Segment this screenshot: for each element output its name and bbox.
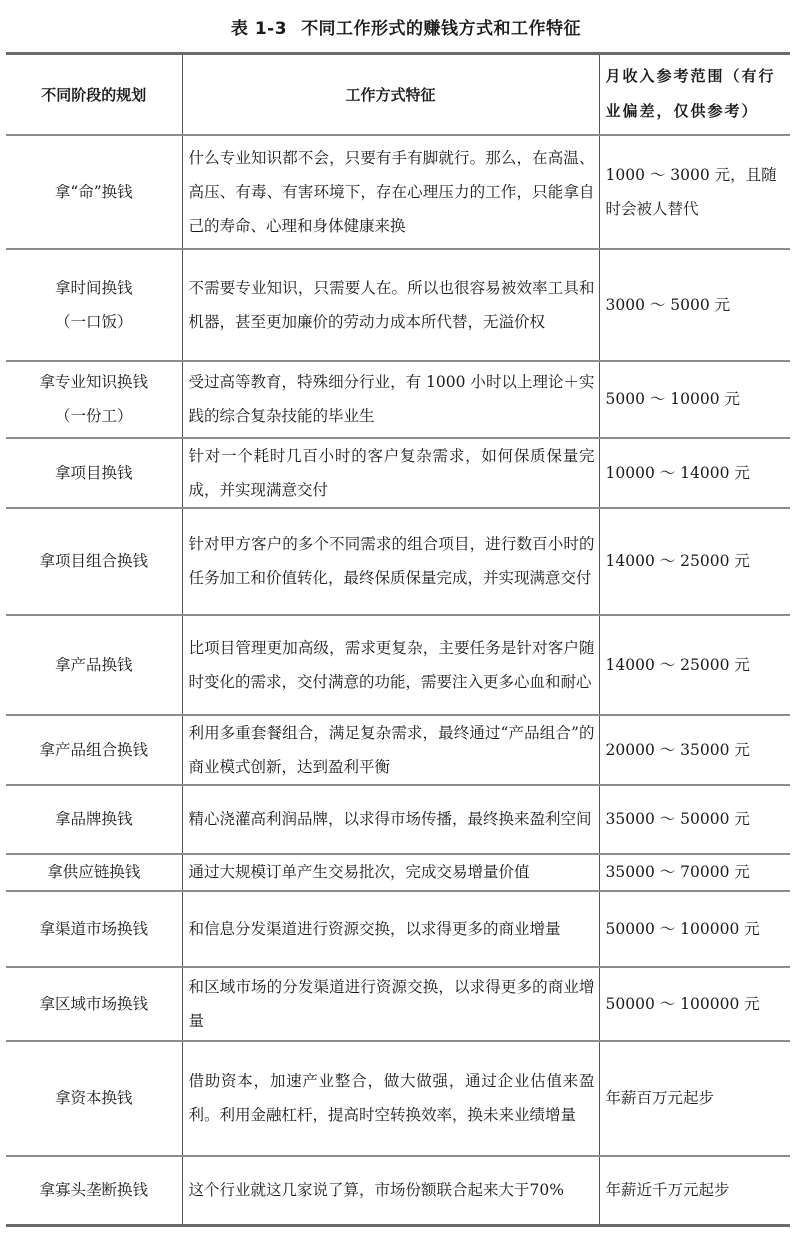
features-cell: 针对一个耗时几百小时的客户复杂需求，如何保质保量完成，并实现满意交付 xyxy=(182,438,599,508)
features-cell: 受过高等教育，特殊细分行业，有 1000 小时以上理论＋实践的综合复杂技能的毕业… xyxy=(182,361,599,438)
header-stage: 不同阶段的规划 xyxy=(6,54,182,135)
table-row: 拿“命”换钱 什么专业知识都不会，只要有手有脚就行。那么，在高温、高压、有毒、有… xyxy=(6,135,790,249)
header-row: 不同阶段的规划 工作方式特征 月收入参考范围（有行业偏差，仅供参考） xyxy=(6,54,790,135)
table-title: 不同工作形式的赚钱方式和工作特征 xyxy=(301,19,581,39)
income-cell: 年薪百万元起步 xyxy=(599,1041,790,1156)
table-row: 拿供应链换钱 通过大规模订单产生交易批次，完成交易增量价值 35000 ～ 70… xyxy=(6,854,790,891)
stage-cell: 拿时间换钱（一口饭） xyxy=(6,249,182,361)
table-row: 拿项目换钱 针对一个耗时几百小时的客户复杂需求，如何保质保量完成，并实现满意交付… xyxy=(6,438,790,508)
features-cell: 通过大规模订单产生交易批次，完成交易增量价值 xyxy=(182,854,599,891)
income-cell: 10000 ～ 14000 元 xyxy=(599,438,790,508)
table-row: 拿专业知识换钱（一份工） 受过高等教育，特殊细分行业，有 1000 小时以上理论… xyxy=(6,361,790,438)
features-cell: 和区域市场的分发渠道进行资源交换，以求得更多的商业增量 xyxy=(182,967,599,1041)
income-cell: 50000 ～ 100000 元 xyxy=(599,891,790,967)
table-row: 拿产品换钱 比项目管理更加高级，需求更复杂，主要任务是针对客户随时变化的需求，交… xyxy=(6,615,790,715)
header-income: 月收入参考范围（有行业偏差，仅供参考） xyxy=(599,54,790,135)
table-row: 拿项目组合换钱 针对甲方客户的多个不同需求的组合项目，进行数百小时的任务加工和价… xyxy=(6,508,790,615)
features-cell: 不需要专业知识，只需要人在。所以也很容易被效率工具和机器，甚至更加廉价的劳动力成… xyxy=(182,249,599,361)
income-cell: 35000 ～ 70000 元 xyxy=(599,854,790,891)
features-cell: 什么专业知识都不会，只要有手有脚就行。那么，在高温、高压、有毒、有害环境下，存在… xyxy=(182,135,599,249)
table-row: 拿产品组合换钱 利用多重套餐组合，满足复杂需求，最终通过“产品组合”的商业模式创… xyxy=(6,715,790,785)
income-cell: 年薪近千万元起步 xyxy=(599,1156,790,1226)
income-cell: 14000 ～ 25000 元 xyxy=(599,615,790,715)
table-row: 拿资本换钱 借助资本，加速产业整合，做大做强，通过企业估值来盈利。利用金融杠杆，… xyxy=(6,1041,790,1156)
table-row: 拿寡头垄断换钱 这个行业就这几家说了算，市场份额联合起来大于70% 年薪近千万元… xyxy=(6,1156,790,1226)
features-cell: 和信息分发渠道进行资源交换，以求得更多的商业增量 xyxy=(182,891,599,967)
income-cell: 1000 ～ 3000 元，且随时会被人替代 xyxy=(599,135,790,249)
table-row: 拿品牌换钱 精心浇灌高利润品牌，以求得市场传播，最终换来盈利空间 35000 ～… xyxy=(6,785,790,854)
features-cell: 这个行业就这几家说了算，市场份额联合起来大于70% xyxy=(182,1156,599,1226)
header-features: 工作方式特征 xyxy=(182,54,599,135)
stage-cell: 拿品牌换钱 xyxy=(6,785,182,854)
income-cell: 50000 ～ 100000 元 xyxy=(599,967,790,1041)
stage-cell: 拿“命”换钱 xyxy=(6,135,182,249)
features-cell: 利用多重套餐组合，满足复杂需求，最终通过“产品组合”的商业模式创新，达到盈利平衡 xyxy=(182,715,599,785)
table-row: 拿渠道市场换钱 和信息分发渠道进行资源交换，以求得更多的商业增量 50000 ～… xyxy=(6,891,790,967)
stage-cell: 拿项目换钱 xyxy=(6,438,182,508)
table-number: 表 1-3 xyxy=(231,19,287,39)
features-cell: 比项目管理更加高级，需求更复杂，主要任务是针对客户随时变化的需求，交付满意的功能… xyxy=(182,615,599,715)
features-cell: 精心浇灌高利润品牌，以求得市场传播，最终换来盈利空间 xyxy=(182,785,599,854)
income-cell: 35000 ～ 50000 元 xyxy=(599,785,790,854)
table-row: 拿时间换钱（一口饭） 不需要专业知识，只需要人在。所以也很容易被效率工具和机器，… xyxy=(6,249,790,361)
stage-cell: 拿区域市场换钱 xyxy=(6,967,182,1041)
income-cell: 14000 ～ 25000 元 xyxy=(599,508,790,615)
table-row: 拿区域市场换钱 和区域市场的分发渠道进行资源交换，以求得更多的商业增量 5000… xyxy=(6,967,790,1041)
stage-cell: 拿专业知识换钱（一份工） xyxy=(6,361,182,438)
features-cell: 针对甲方客户的多个不同需求的组合项目，进行数百小时的任务加工和价值转化，最终保质… xyxy=(182,508,599,615)
income-cell: 20000 ～ 35000 元 xyxy=(599,715,790,785)
income-cell: 3000 ～ 5000 元 xyxy=(599,249,790,361)
stage-cell: 拿寡头垄断换钱 xyxy=(6,1156,182,1226)
stage-cell: 拿资本换钱 xyxy=(6,1041,182,1156)
stage-cell: 拿供应链换钱 xyxy=(6,854,182,891)
stage-cell: 拿渠道市场换钱 xyxy=(6,891,182,967)
income-cell: 5000 ～ 10000 元 xyxy=(599,361,790,438)
income-comparison-table: 不同阶段的规划 工作方式特征 月收入参考范围（有行业偏差，仅供参考） 拿“命”换… xyxy=(6,52,790,1227)
stage-cell: 拿产品组合换钱 xyxy=(6,715,182,785)
features-cell: 借助资本，加速产业整合，做大做强，通过企业估值来盈利。利用金融杠杆，提高时空转换… xyxy=(182,1041,599,1156)
table-caption: 表 1-3不同工作形式的赚钱方式和工作特征 xyxy=(0,14,812,39)
stage-cell: 拿项目组合换钱 xyxy=(6,508,182,615)
stage-cell: 拿产品换钱 xyxy=(6,615,182,715)
